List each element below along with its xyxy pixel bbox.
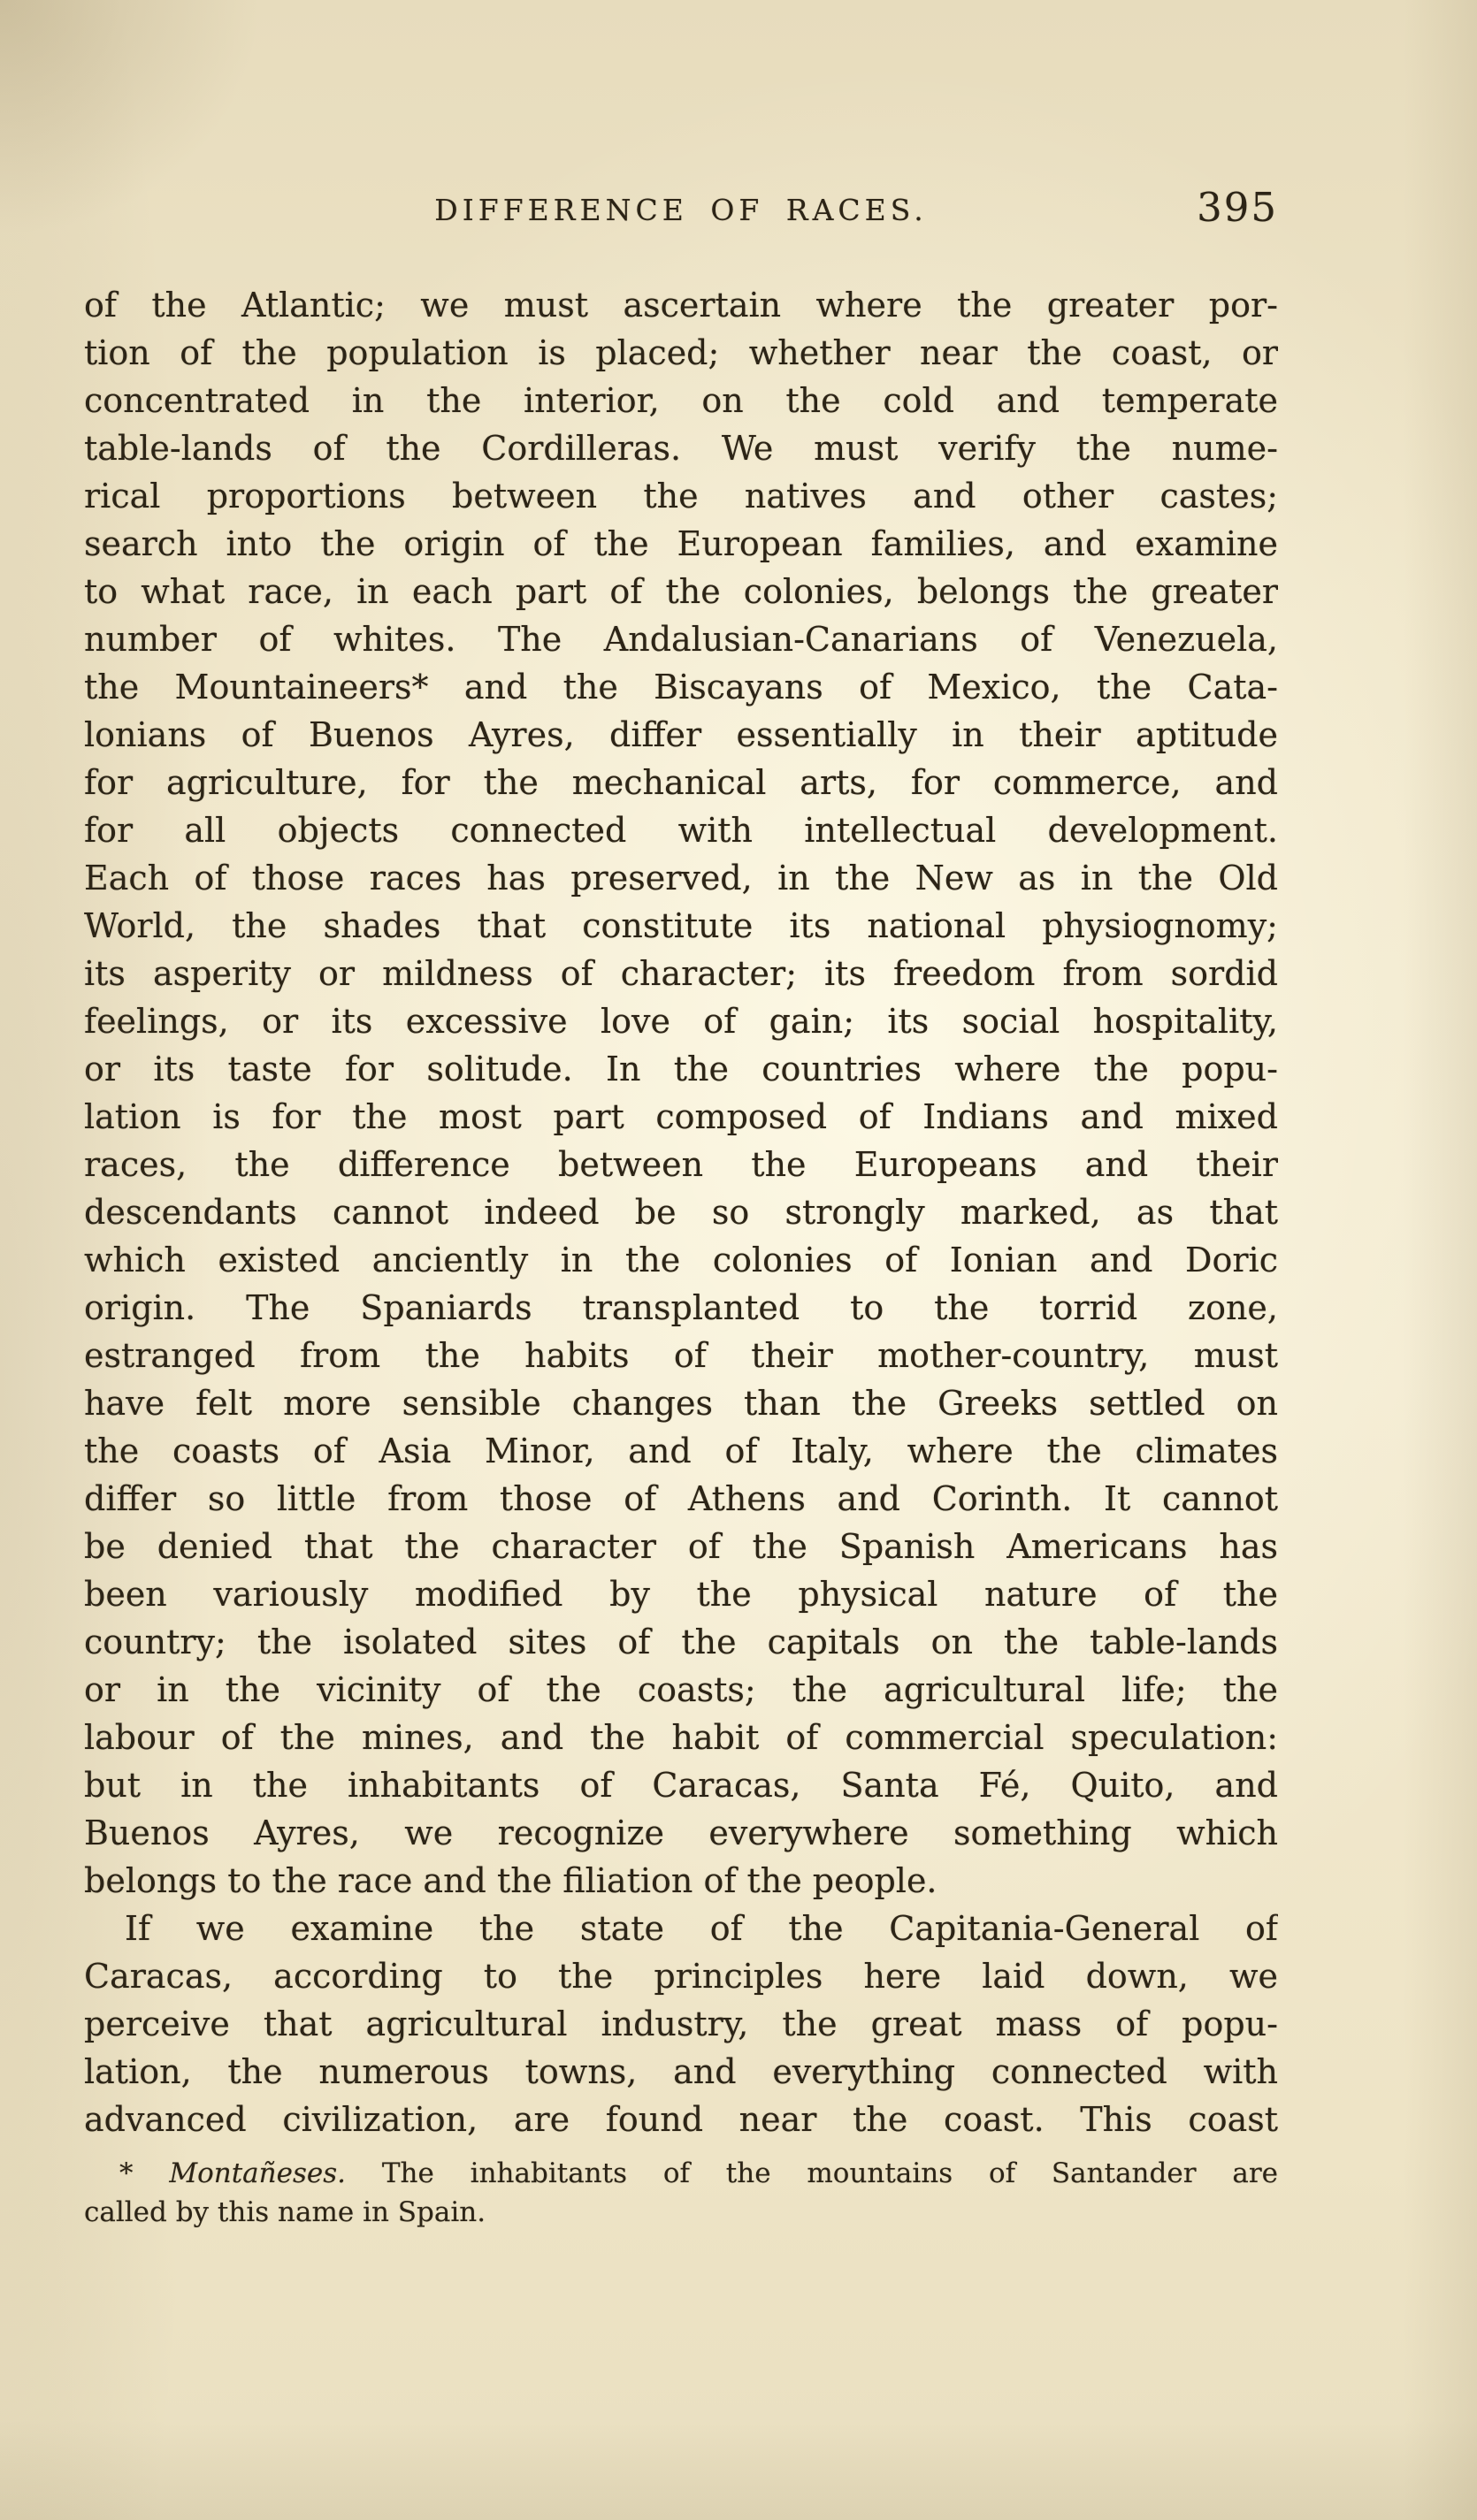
- text-line: labour of the mines, and the habit of co…: [84, 1714, 1278, 1761]
- text-line: World, the shades that constitute its na…: [84, 902, 1278, 950]
- footnote-term: Montañeses.: [169, 2157, 346, 2189]
- text-line: belongs to the race and the filiation of…: [84, 1857, 1278, 1905]
- text-line: tion of the population is placed; whethe…: [84, 329, 1278, 377]
- text-line: differ so little from those of Athens an…: [84, 1475, 1278, 1523]
- text-line: races, the difference between the Europe…: [84, 1141, 1278, 1188]
- text-line: number of whites. The Andalusian-Canaria…: [84, 615, 1278, 663]
- text-line: or its taste for solitude. In the countr…: [84, 1045, 1278, 1093]
- text-line: perceive that agricultural industry, the…: [84, 2000, 1278, 2048]
- text-line: advanced civilization, are found near th…: [84, 2096, 1278, 2143]
- text-line: Caracas, according to the principles her…: [84, 1952, 1278, 2000]
- text-line: have felt more sensible changes than the…: [84, 1379, 1278, 1427]
- text-line: search into the origin of the European f…: [84, 520, 1278, 568]
- text-line: table-lands of the Cordilleras. We must …: [84, 424, 1278, 472]
- text-line: for all objects connected with intellect…: [84, 806, 1278, 854]
- text-line: lation is for the most part composed of …: [84, 1093, 1278, 1141]
- text-line: feelings, or its excessive love of gain;…: [84, 997, 1278, 1045]
- text-line: lonians of Buenos Ayres, differ essentia…: [84, 711, 1278, 759]
- text-line: which existed anciently in the colonies …: [84, 1236, 1278, 1284]
- text-line: be denied that the character of the Span…: [84, 1523, 1278, 1570]
- page-number: 395: [1197, 184, 1278, 231]
- body-text: of the Atlantic; we must ascertain where…: [84, 281, 1278, 2143]
- text-line: lation, the numerous towns, and everythi…: [84, 2048, 1278, 2096]
- text-line: but in the inhabitants of Caracas, Santa…: [84, 1761, 1278, 1809]
- text-line: origin. The Spaniards transplanted to th…: [84, 1284, 1278, 1332]
- text-line: the coasts of Asia Minor, and of Italy, …: [84, 1427, 1278, 1475]
- text-line: estranged from the habits of their mothe…: [84, 1332, 1278, 1379]
- text-line: Each of those races has preserved, in th…: [84, 854, 1278, 902]
- book-page: DIFFERENCE OF RACES. 395 of the Atlantic…: [0, 0, 1477, 2520]
- text-line: rical proportions between the natives an…: [84, 472, 1278, 520]
- text-line: to what race, in each part of the coloni…: [84, 568, 1278, 615]
- footnote: * Montañeses. The inhabitants of the mou…: [84, 2154, 1278, 2232]
- footnote-text: The inhabitants of the mountains of Sant…: [382, 2157, 1278, 2189]
- text-line: Buenos Ayres, we recognize everywhere so…: [84, 1809, 1278, 1857]
- text-line: If we examine the state of the Capitania…: [84, 1905, 1278, 1952]
- text-line: its asperity or mildness of character; i…: [84, 950, 1278, 997]
- footnote-marker: *: [119, 2157, 134, 2189]
- text-line: concentrated in the interior, on the col…: [84, 377, 1278, 424]
- text-line: or in the vicinity of the coasts; the ag…: [84, 1666, 1278, 1714]
- text-line: been variously modified by the physical …: [84, 1570, 1278, 1618]
- text-line: of the Atlantic; we must ascertain where…: [84, 281, 1278, 329]
- footnote-line-1: * Montañeses. The inhabitants of the mou…: [84, 2154, 1278, 2193]
- running-header: DIFFERENCE OF RACES.: [434, 193, 927, 227]
- text-line: country; the isolated sites of the capit…: [84, 1618, 1278, 1666]
- text-line: the Mountaineers* and the Biscayans of M…: [84, 663, 1278, 711]
- page-header: DIFFERENCE OF RACES. 395: [84, 193, 1278, 227]
- footnote-line-2: called by this name in Spain.: [84, 2193, 1278, 2232]
- text-line: for agriculture, for the mechanical arts…: [84, 759, 1278, 806]
- text-line: descendants cannot indeed be so strongly…: [84, 1188, 1278, 1236]
